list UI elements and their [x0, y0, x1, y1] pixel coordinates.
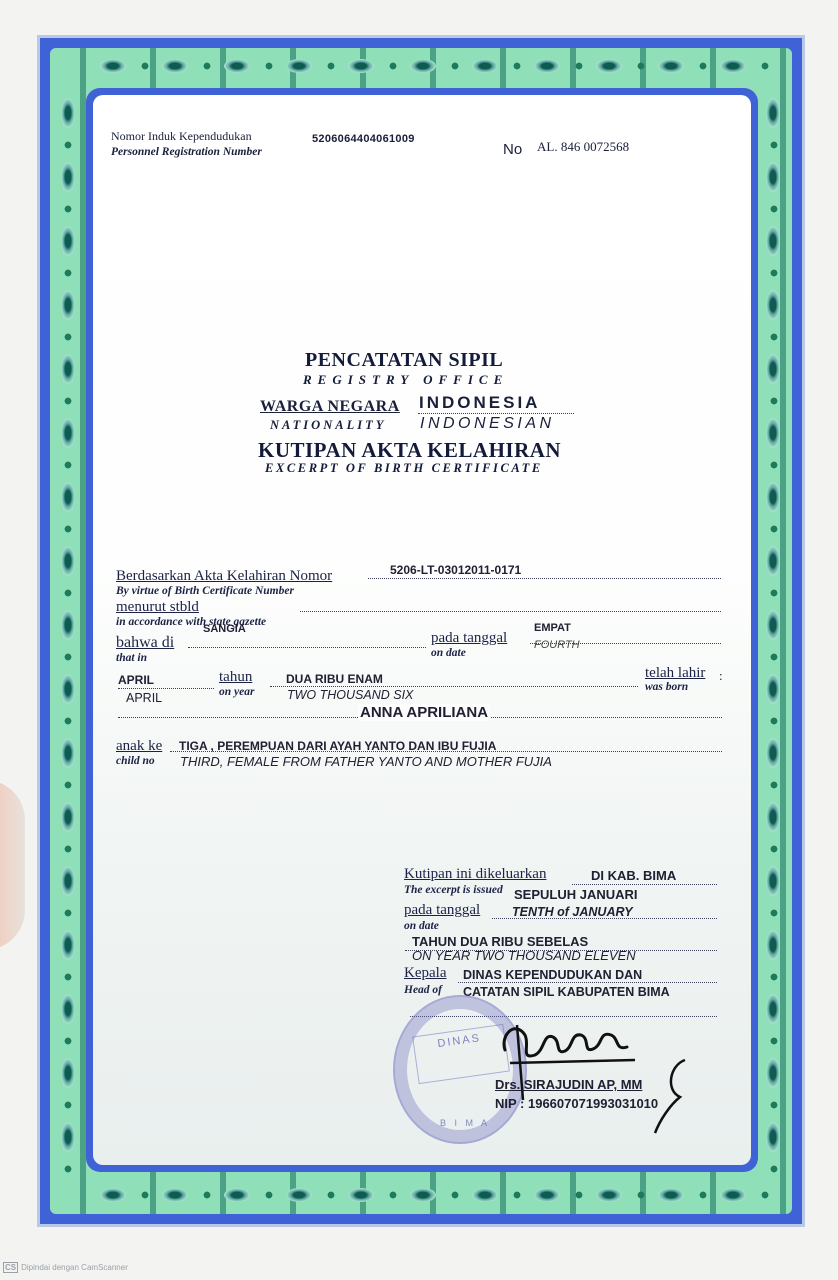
border-ornament-icon	[63, 396, 73, 406]
issued-date-en: TENTH of JANUARY	[512, 905, 633, 919]
month-line	[118, 688, 214, 689]
issued-place-line	[572, 884, 717, 885]
stamp-bottom-text: B I M A	[440, 1118, 490, 1128]
border-ornament-icon	[766, 98, 780, 128]
finger-edge	[0, 780, 25, 950]
border-ornament-icon	[63, 908, 73, 918]
border-ornament-icon	[769, 908, 779, 918]
issued-label-en: The excerpt is issued	[404, 884, 503, 896]
cert-number-label-en: By virtue of Birth Certificate Number	[116, 585, 294, 597]
date-line	[530, 643, 721, 644]
year-value-en: TWO THOUSAND SIX	[287, 688, 413, 702]
border-ornament-icon	[769, 268, 779, 278]
border-ornament-icon	[720, 1188, 746, 1202]
border-ornament-icon	[61, 1122, 75, 1152]
border-ornament-icon	[63, 524, 73, 534]
border-ornament-icon	[596, 1188, 622, 1202]
border-ornament-icon	[769, 652, 779, 662]
border-ornament-icon	[63, 1100, 73, 1110]
year-label-en: on year	[219, 686, 254, 698]
born-label: telah lahir	[645, 665, 705, 682]
official-name: Drs. SIRAJUDIN AP, MM	[495, 1077, 642, 1092]
border-ornament-icon	[766, 162, 780, 192]
nationality-label-en: NATIONALITY	[270, 418, 386, 433]
issued-label: Kutipan ini dikeluarkan	[404, 866, 546, 883]
title-office-en: REGISTRY OFFICE	[303, 372, 508, 388]
nik-label-en: Personnel Registration Number	[111, 146, 262, 158]
border-ornament-icon	[61, 162, 75, 192]
month-value: APRIL	[118, 673, 154, 687]
border-ornament-icon	[769, 1164, 779, 1174]
border-ornament-icon	[766, 674, 780, 704]
child-no-value-en: THIRD, FEMALE FROM FATHER YANTO AND MOTH…	[180, 754, 552, 769]
border-ornament-icon	[63, 716, 73, 726]
border-ornament-icon	[63, 332, 73, 342]
border-ornament-icon	[326, 1190, 336, 1200]
place-line	[188, 647, 426, 648]
place-label-en: that in	[116, 652, 147, 664]
border-ornament-icon	[450, 61, 460, 71]
born-colon: :	[719, 668, 723, 684]
title-document-en: EXCERPT OF BIRTH CERTIFICATE	[265, 461, 543, 476]
border-ornament-icon	[769, 524, 779, 534]
border-ornament-icon	[388, 61, 398, 71]
border-ornament-icon	[202, 61, 212, 71]
border-ornament-icon	[534, 59, 560, 73]
border-ornament-icon	[63, 1164, 73, 1174]
issued-date-label-en: on date	[404, 920, 439, 932]
stbld-line	[300, 611, 721, 612]
border-ornament-icon	[63, 652, 73, 662]
child-no-label-en: child no	[116, 755, 155, 767]
child-name: ANNA APRILIANA	[358, 704, 490, 721]
border-ornament-icon	[63, 140, 73, 150]
border-ornament-icon	[472, 59, 498, 73]
scanner-text: Dipindai dengan CamScanner	[21, 1263, 128, 1272]
border-ornament-icon	[596, 59, 622, 73]
border-ornament-icon	[61, 738, 75, 768]
border-ornament-icon	[766, 418, 780, 448]
border-ornament-icon	[61, 418, 75, 448]
head-label: Kepala	[404, 965, 446, 982]
border-ornament-icon	[769, 716, 779, 726]
border-ornament-icon	[61, 546, 75, 576]
year-line	[270, 686, 638, 687]
border-ornament-icon	[766, 930, 780, 960]
border-ornament-icon	[61, 354, 75, 384]
border-ornament-icon	[766, 354, 780, 384]
official-nip: NIP : 196607071993031010	[495, 1096, 658, 1111]
date-label-en: on date	[431, 647, 466, 659]
border-ornament-icon	[61, 482, 75, 512]
border-ornament-icon	[63, 460, 73, 470]
serial-prefix: No	[503, 141, 522, 158]
border-ornament-icon	[162, 59, 188, 73]
serial-number: AL. 846 0072568	[537, 139, 629, 155]
border-ornament-icon	[769, 1100, 779, 1110]
border-ornament-icon	[760, 1190, 770, 1200]
nik-label: Nomor Induk Kependudukan	[111, 129, 252, 144]
issued-date: SEPULUH JANUARI	[514, 887, 638, 902]
issued-date-line	[492, 918, 717, 919]
place-value: SANGIA	[203, 623, 246, 635]
border-ornament-icon	[766, 1058, 780, 1088]
border-ornament-icon	[61, 98, 75, 128]
date-value: EMPAT	[534, 622, 571, 634]
head-office-line2: CATATAN SIPIL KABUPATEN BIMA	[463, 985, 670, 999]
border-ornament-icon	[63, 972, 73, 982]
border-ornament-icon	[720, 59, 746, 73]
border-ornament-icon	[61, 1058, 75, 1088]
border-ornament-icon	[348, 59, 374, 73]
border-ornament-icon	[698, 61, 708, 71]
border-ornament-icon	[63, 844, 73, 854]
border-ornament-icon	[140, 61, 150, 71]
border-ornament-icon	[63, 588, 73, 598]
border-ornament-icon	[766, 546, 780, 576]
border-ornament-icon	[766, 290, 780, 320]
border-ornament-icon	[61, 674, 75, 704]
border-ornament-icon	[769, 396, 779, 406]
place-label: bahwa di	[116, 634, 174, 652]
border-ornament-icon	[348, 1188, 374, 1202]
border-ornament-icon	[61, 802, 75, 832]
border-ornament-icon	[658, 59, 684, 73]
border-ornament-icon	[264, 1190, 274, 1200]
nationality-value: INDONESIA	[419, 393, 540, 413]
border-ornament-icon	[766, 1122, 780, 1152]
border-ornament-icon	[769, 844, 779, 854]
border-ornament-icon	[769, 332, 779, 342]
border-ornament-icon	[769, 140, 779, 150]
border-ornament-icon	[202, 1190, 212, 1200]
border-ornament-icon	[766, 994, 780, 1024]
date-value-en: FOURTH	[534, 639, 580, 651]
child-no-line	[170, 751, 722, 752]
border-ornament-icon	[224, 1188, 250, 1202]
border-ornament-icon	[410, 1188, 436, 1202]
border-ornament-icon	[766, 226, 780, 256]
born-label-en: was born	[645, 681, 688, 693]
border-ornament-icon	[388, 1190, 398, 1200]
border-ornament-icon	[769, 972, 779, 982]
border-ornament-icon	[224, 59, 250, 73]
border-ornament-icon	[450, 1190, 460, 1200]
border-ornament-icon	[264, 61, 274, 71]
border-ornament-icon	[286, 59, 312, 73]
issued-year-en: ON YEAR TWO THOUSAND ELEVEN	[412, 948, 636, 963]
border-ornament-icon	[100, 1188, 126, 1202]
border-ornament-icon	[326, 61, 336, 71]
issued-place: DI KAB. BIMA	[591, 868, 676, 883]
border-ornament-icon	[766, 866, 780, 896]
issued-date-label: pada tanggal	[404, 902, 480, 919]
title-document: KUTIPAN AKTA KELAHIRAN	[258, 438, 561, 463]
border-ornament-icon	[61, 290, 75, 320]
border-ornament-icon	[472, 1188, 498, 1202]
border-ornament-icon	[61, 930, 75, 960]
border-ornament-icon	[61, 866, 75, 896]
border-ornament-icon	[769, 588, 779, 598]
nationality-label: WARGA NEGARA	[260, 398, 400, 416]
border-ornament-icon	[574, 1190, 584, 1200]
border-ornament-icon	[410, 59, 436, 73]
year-label: tahun	[219, 669, 252, 686]
border-ornament-icon	[61, 610, 75, 640]
border-ornament-icon	[658, 1188, 684, 1202]
scanner-watermark: CSDipindai dengan CamScanner	[3, 1262, 128, 1273]
border-ornament-icon	[766, 738, 780, 768]
border-ornament-icon	[766, 482, 780, 512]
cert-number-line	[368, 578, 721, 579]
head-office-line	[458, 982, 717, 983]
border-ornament-icon	[534, 1188, 560, 1202]
child-no-label: anak ke	[116, 738, 162, 755]
head-label-en: Head of	[404, 984, 442, 996]
cert-number-label: Berdasarkan Akta Kelahiran Nomor	[116, 568, 332, 585]
year-value: DUA RIBU ENAM	[286, 672, 383, 686]
title-office: PENCATATAN SIPIL	[305, 349, 503, 372]
nationality-dotted-line	[418, 413, 574, 414]
border-ornament-icon	[63, 780, 73, 790]
border-ornament-icon	[766, 610, 780, 640]
border-ornament-icon	[63, 1036, 73, 1046]
border-ornament-icon	[286, 1188, 312, 1202]
border-ornament-icon	[512, 61, 522, 71]
border-ornament-icon	[63, 204, 73, 214]
issued-year: TAHUN DUA RIBU SEBELAS	[412, 934, 588, 949]
nationality-value-en: INDONESIAN	[420, 415, 555, 433]
border-ornament-icon	[636, 1190, 646, 1200]
border-ornament-icon	[512, 1190, 522, 1200]
border-ornament-icon	[636, 61, 646, 71]
border-ornament-icon	[63, 268, 73, 278]
border-ornament-icon	[100, 59, 126, 73]
border-ornament-icon	[162, 1188, 188, 1202]
border-ornament-icon	[61, 226, 75, 256]
stbld-label: menurut stbld	[116, 599, 199, 616]
month-value-en: APRIL	[126, 691, 162, 705]
border-ornament-icon	[61, 994, 75, 1024]
border-ornament-icon	[140, 1190, 150, 1200]
camscanner-icon: CS	[3, 1262, 18, 1273]
border-ornament-icon	[698, 1190, 708, 1200]
border-ornament-icon	[760, 61, 770, 71]
nik-value: 5206064404061009	[312, 133, 415, 145]
border-ornament-icon	[769, 460, 779, 470]
head-office-line1: DINAS KEPENDUDUKAN DAN	[463, 968, 642, 982]
border-ornament-icon	[769, 1036, 779, 1046]
border-ornament-icon	[769, 204, 779, 214]
cert-number-value: 5206-LT-03012011-0171	[390, 563, 521, 577]
border-ornament-icon	[769, 780, 779, 790]
border-ornament-icon	[574, 61, 584, 71]
border-ornament-icon	[766, 802, 780, 832]
signature-icon	[495, 1005, 695, 1135]
date-label: pada tanggal	[431, 630, 507, 647]
